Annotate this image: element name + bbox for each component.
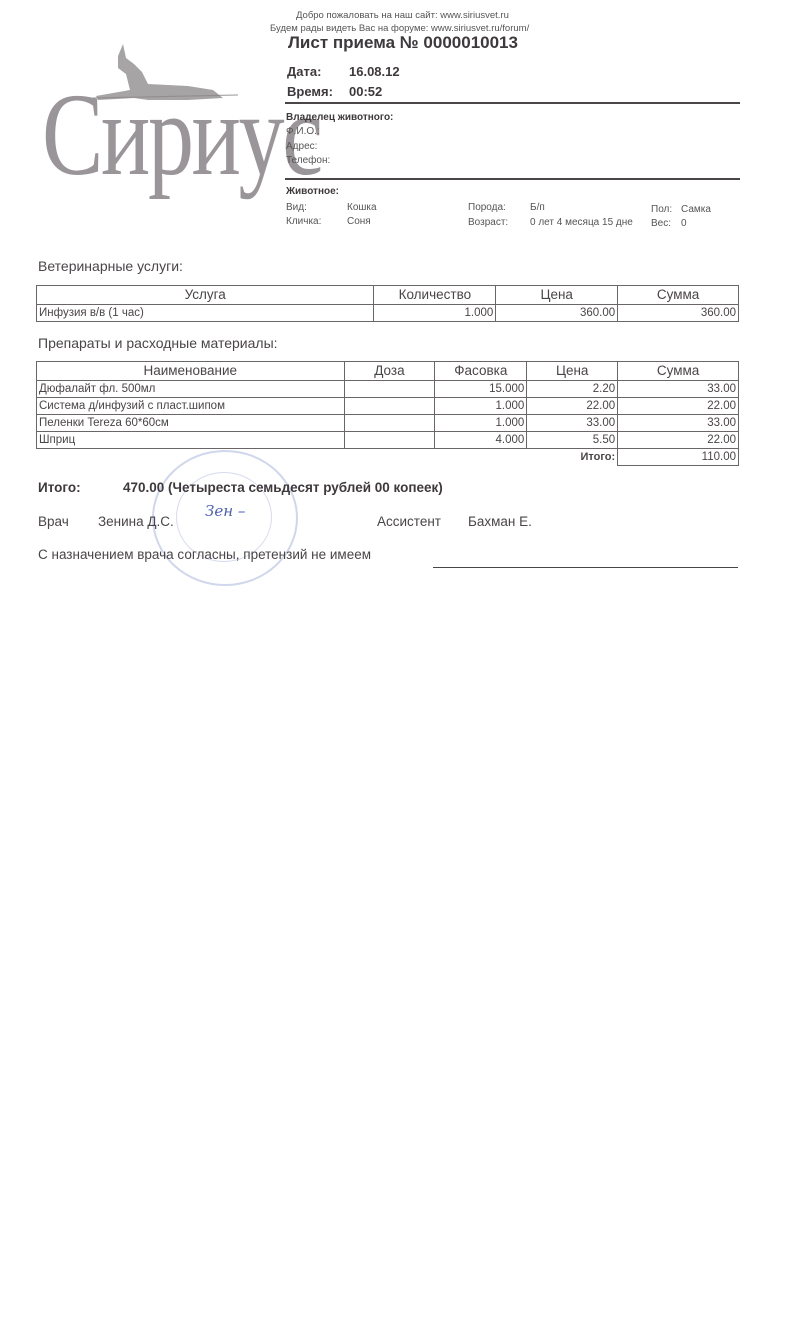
- document-title: Лист приема № 0000010013: [288, 33, 518, 53]
- owner-address-label: Адрес:: [286, 141, 317, 152]
- breed-label: Порода:: [468, 202, 506, 213]
- material-pack: 15.000: [435, 381, 527, 398]
- material-pack: 4.000: [435, 432, 527, 449]
- material-pack: 1.000: [435, 415, 527, 432]
- nickname-label: Кличка:: [286, 216, 321, 227]
- table-row: Шприц 4.000 5.50 22.00: [37, 432, 739, 449]
- column-header: Цена: [496, 286, 618, 305]
- nickname-value: Соня: [347, 216, 371, 227]
- sex-value: Самка: [681, 204, 711, 215]
- column-header: Фасовка: [435, 362, 527, 381]
- time-label: Время:: [287, 84, 333, 99]
- column-header: Наименование: [37, 362, 345, 381]
- materials-header-row: Наименование Доза Фасовка Цена Сумма: [37, 362, 739, 381]
- weight-value: 0: [681, 218, 687, 229]
- species-label: Вид:: [286, 202, 307, 213]
- owner-heading: Владелец животного:: [286, 112, 393, 123]
- doctor-signature: Зен –: [205, 502, 245, 520]
- website-line: Добро пожаловать на наш сайт: www.sirius…: [296, 10, 509, 21]
- material-price: 22.00: [527, 398, 618, 415]
- material-name: Дюфалайт фл. 500мл: [37, 381, 345, 398]
- material-price: 2.20: [527, 381, 618, 398]
- assistant-value: Бахман Е.: [468, 514, 532, 529]
- table-row: Пеленки Tereza 60*60см 1.000 33.00 33.00: [37, 415, 739, 432]
- materials-heading: Препараты и расходные материалы:: [38, 335, 278, 351]
- service-name: Инфузия в/в (1 час): [37, 305, 374, 322]
- species-value: Кошка: [347, 202, 377, 213]
- total-value: 470.00 (Четыреста семьдесят рублей 00 ко…: [123, 480, 443, 495]
- total-label: Итого:: [38, 480, 81, 495]
- material-sum: 22.00: [618, 432, 739, 449]
- weight-label: Вес:: [651, 218, 671, 229]
- logo-text: Сириус: [42, 76, 321, 194]
- material-dose: [344, 415, 435, 432]
- owner-name-label: Ф.И.О.:: [286, 126, 320, 137]
- material-dose: [344, 381, 435, 398]
- column-header: Услуга: [37, 286, 374, 305]
- column-header: Доза: [344, 362, 435, 381]
- sex-label: Пол:: [651, 204, 672, 215]
- animal-heading: Животное:: [286, 186, 339, 197]
- material-price: 5.50: [527, 432, 618, 449]
- material-name: Система д/инфузий с пласт.шипом: [37, 398, 345, 415]
- service-sum: 360.00: [618, 305, 739, 322]
- services-header-row: Услуга Количество Цена Сумма: [37, 286, 739, 305]
- age-label: Возраст:: [468, 217, 508, 228]
- owner-phone-label: Телефон:: [286, 155, 330, 166]
- subtotal-label: Итого:: [527, 449, 618, 466]
- doctor-label: Врач: [38, 514, 69, 529]
- material-pack: 1.000: [435, 398, 527, 415]
- column-header: Цена: [527, 362, 618, 381]
- doctor-value: Зенина Д.С.: [98, 514, 174, 529]
- material-sum: 33.00: [618, 415, 739, 432]
- time-value: 00:52: [349, 84, 382, 99]
- assistant-label: Ассистент: [377, 514, 441, 529]
- material-sum: 22.00: [618, 398, 739, 415]
- date-label: Дата:: [287, 64, 321, 79]
- date-value: 16.08.12: [349, 64, 400, 79]
- clinic-logo: Сириус: [38, 38, 268, 233]
- column-header: Сумма: [618, 362, 739, 381]
- table-row: Инфузия в/в (1 час) 1.000 360.00 360.00: [37, 305, 739, 322]
- material-price: 33.00: [527, 415, 618, 432]
- table-row: Система д/инфузий с пласт.шипом 1.000 22…: [37, 398, 739, 415]
- material-name: Шприц: [37, 432, 345, 449]
- table-row: Дюфалайт фл. 500мл 15.000 2.20 33.00: [37, 381, 739, 398]
- service-qty: 1.000: [374, 305, 496, 322]
- service-price: 360.00: [496, 305, 618, 322]
- consent-text: С назначением врача согласны, претензий …: [38, 547, 371, 562]
- material-sum: 33.00: [618, 381, 739, 398]
- divider: [285, 178, 740, 180]
- breed-value: Б/п: [530, 202, 545, 213]
- services-heading: Ветеринарные услуги:: [38, 258, 183, 274]
- age-value: 0 лет 4 месяца 15 дне: [530, 217, 633, 228]
- materials-table: Наименование Доза Фасовка Цена Сумма Дюф…: [36, 361, 739, 466]
- subtotal-value: 110.00: [618, 449, 739, 466]
- material-name: Пеленки Tereza 60*60см: [37, 415, 345, 432]
- material-dose: [344, 398, 435, 415]
- services-table: Услуга Количество Цена Сумма Инфузия в/в…: [36, 285, 739, 322]
- divider: [285, 102, 740, 104]
- material-dose: [344, 432, 435, 449]
- column-header: Количество: [374, 286, 496, 305]
- subtotal-row: Итого: 110.00: [37, 449, 739, 466]
- column-header: Сумма: [618, 286, 739, 305]
- signature-line: [433, 567, 738, 568]
